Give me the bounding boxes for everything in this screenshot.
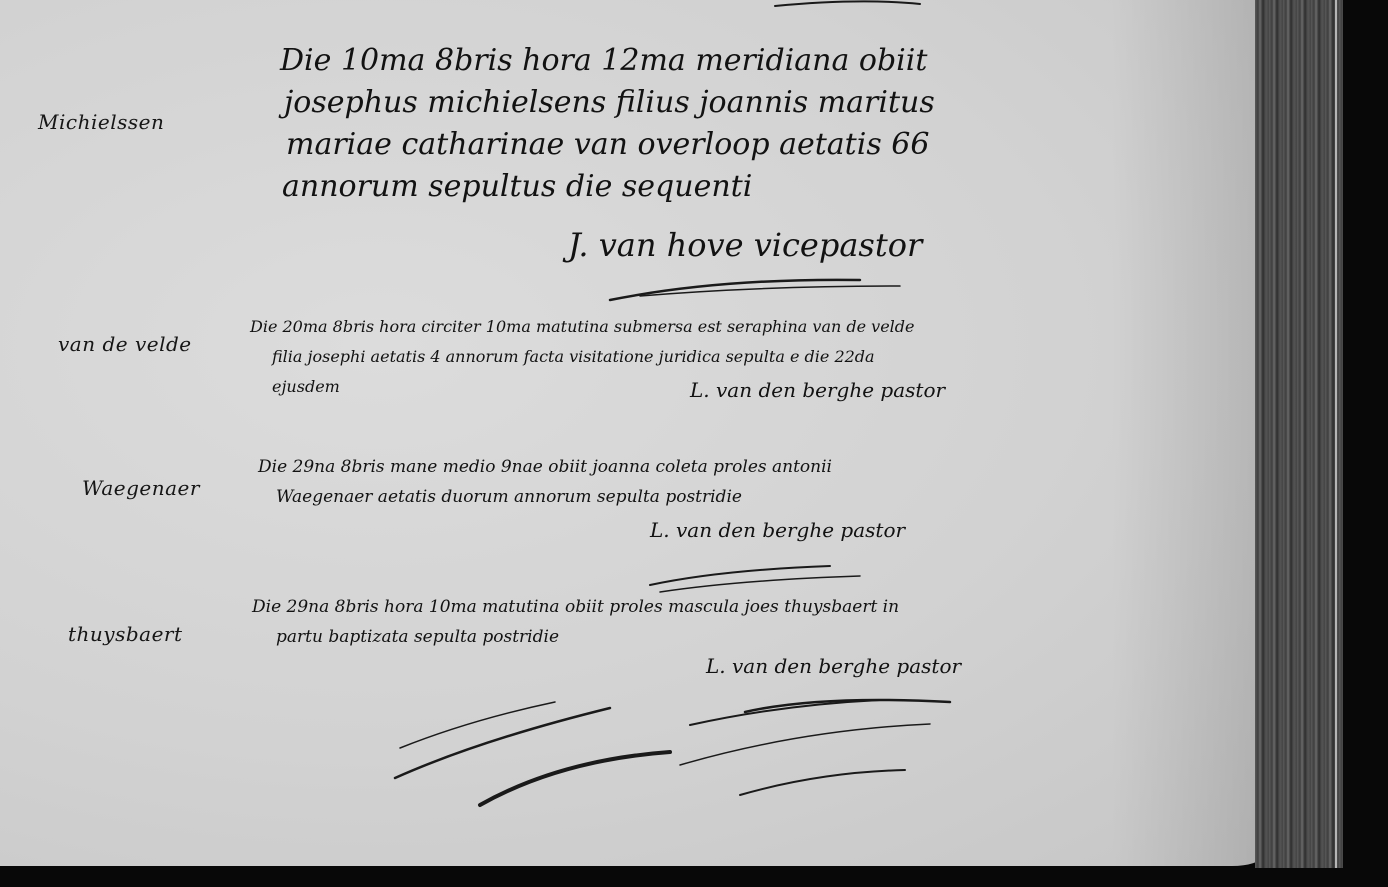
signature: L. van den berghe pastor — [650, 518, 905, 542]
entry-line: mariae catharinae van overloop aetatis 6… — [286, 124, 935, 166]
signature: L. van den berghe pastor — [706, 654, 961, 678]
signature: L. van den berghe pastor — [690, 378, 945, 402]
margin-surname: Waegenaer — [82, 476, 200, 500]
entry-line: Die 20ma 8bris hora circiter 10ma matuti… — [250, 312, 915, 342]
book-page-edges — [1255, 0, 1343, 868]
entry-line: filia josephi aetatis 4 annorum facta vi… — [272, 342, 915, 372]
margin-surname: Michielssen — [38, 110, 164, 134]
entry-line: Waegenaer aetatis duorum annorum sepulta… — [276, 482, 832, 512]
margin-surname: thuysbaert — [68, 622, 183, 646]
margin-surname: van de velde — [58, 332, 192, 356]
entry-line: Die 29na 8bris mane medio 9nae obiit joa… — [258, 452, 832, 482]
entry-line: partu baptizata sepulta postridie — [276, 622, 899, 652]
entry-line: josephus michielsens filius joannis mari… — [284, 82, 935, 124]
burial-entry: Die 10ma 8bris hora 12ma meridiana obiit… — [262, 40, 935, 208]
entry-line: Die 29na 8bris hora 10ma matutina obiit … — [252, 592, 899, 622]
entry-line: annorum sepultus die sequenti — [282, 166, 935, 208]
signature: J. van hove vicepastor — [568, 226, 922, 264]
burial-entry: Die 29na 8bris hora 10ma matutina obiit … — [252, 592, 899, 652]
entry-line: Die 10ma 8bris hora 12ma meridiana obiit — [280, 40, 935, 82]
burial-entry: Die 29na 8bris mane medio 9nae obiit joa… — [258, 452, 832, 512]
